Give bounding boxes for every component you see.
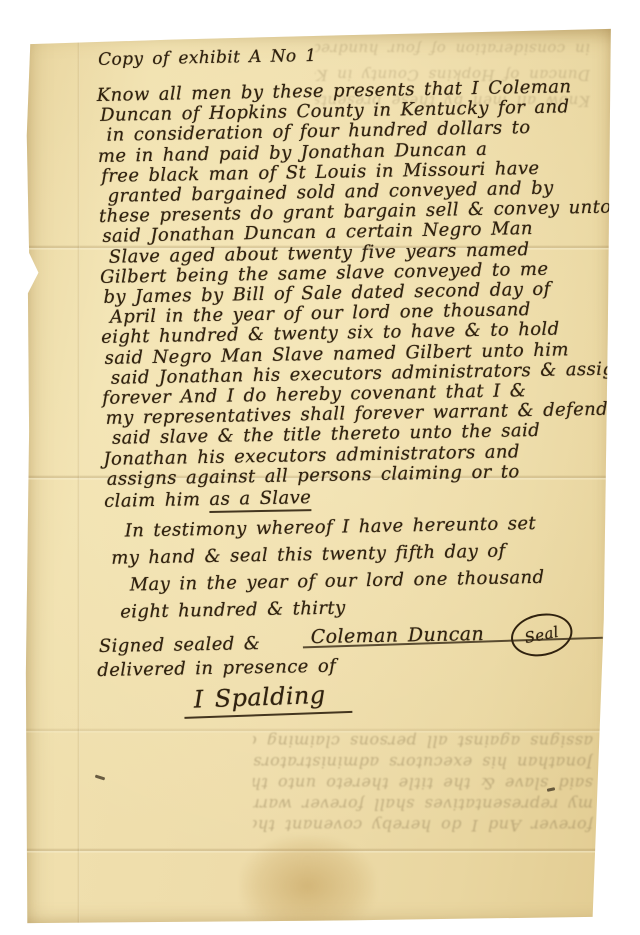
document-page: Know all men by these presents that I Co…	[25, 28, 612, 924]
clause-underlined-text: as a Slave	[209, 487, 311, 513]
body-paragraph: Know all men by these presents that I Co…	[97, 77, 609, 490]
seal-label: Seal	[523, 623, 560, 647]
witness-signature: I Spalding	[183, 680, 352, 719]
document-text: Copy of exhibit A No 1 Know all men by t…	[24, 19, 627, 926]
clause-prefix: claim him	[104, 489, 210, 512]
heading-line: Copy of exhibit A No 1	[98, 46, 317, 70]
underlined-clause: claim him as a Slave	[104, 487, 311, 512]
signer-signature: Coleman Duncan	[311, 623, 485, 648]
scan-background: Know all men by these presents that I Co…	[0, 0, 640, 935]
signed-sealed-label: Signed sealed &	[99, 633, 261, 657]
testimony-paragraph: In testimony whereof I have hereunto set…	[125, 509, 617, 626]
delivered-label: delivered in presence of	[97, 656, 336, 681]
